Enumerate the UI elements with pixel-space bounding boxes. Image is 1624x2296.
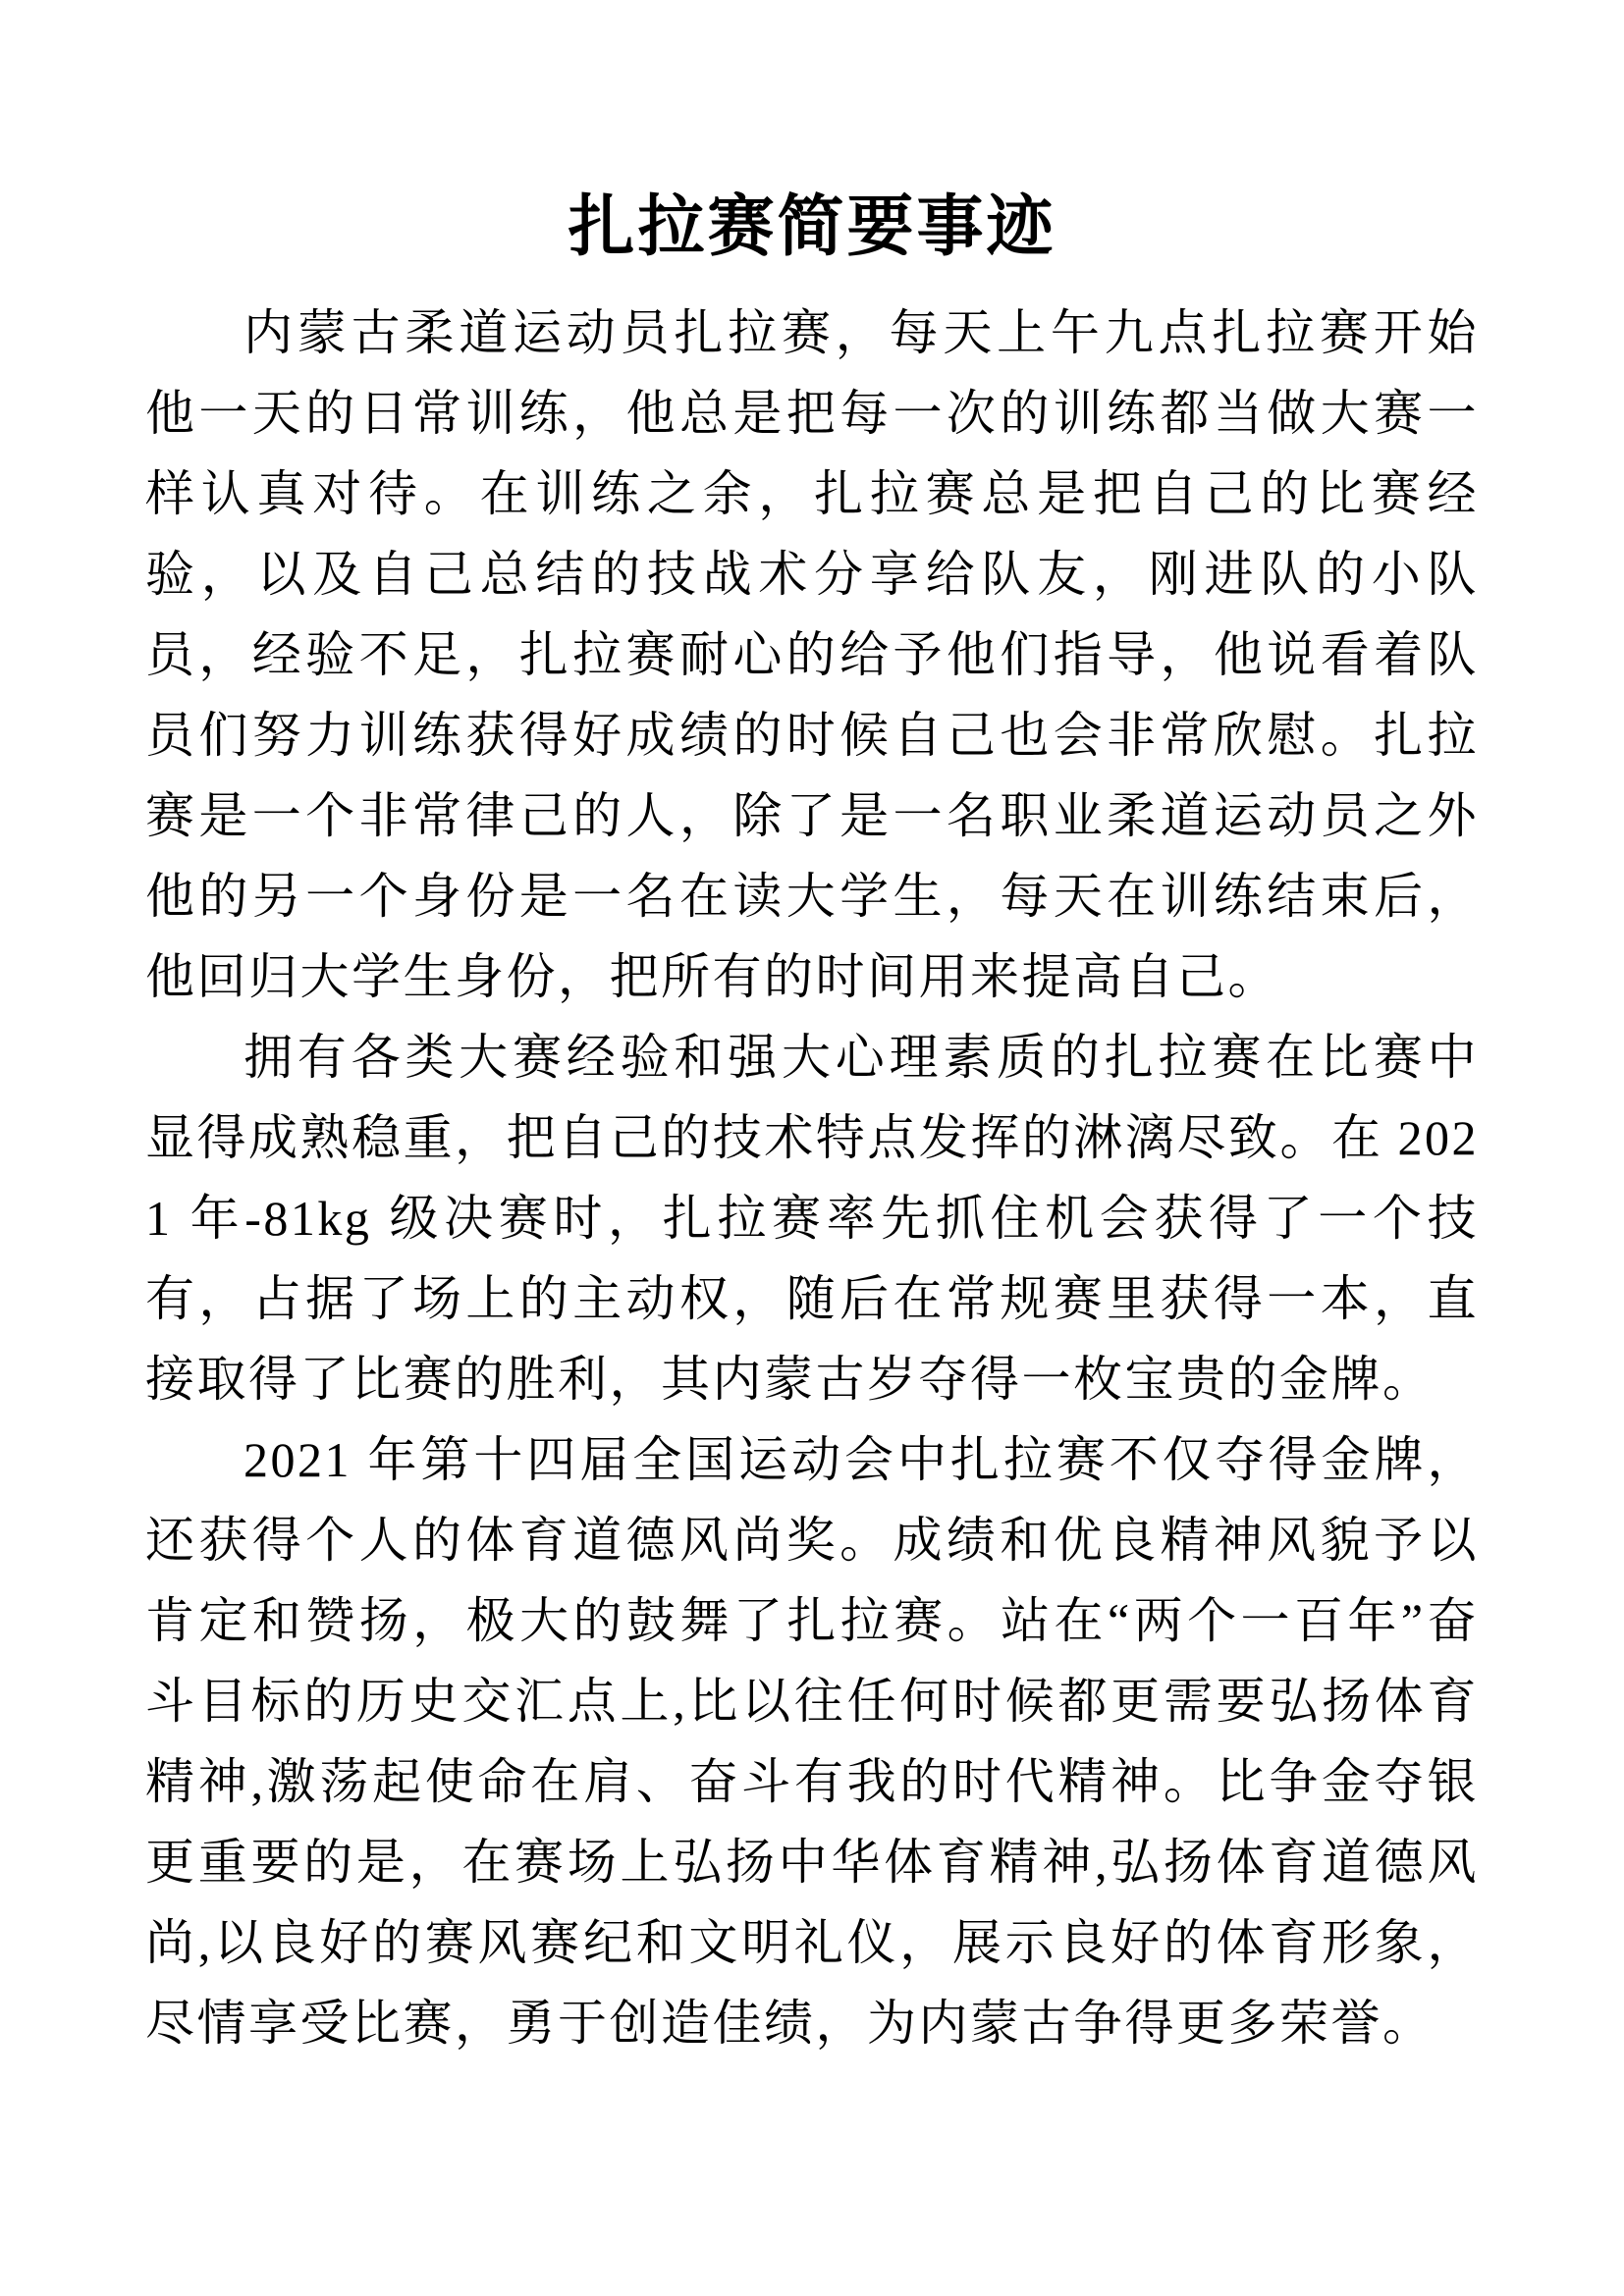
paragraph: 内蒙古柔道运动员扎拉赛，每天上午九点扎拉赛开始他一天的日常训练，他总是把每一次的… — [145, 293, 1479, 1017]
page-title: 扎拉赛简要事迹 — [0, 0, 1624, 271]
document-page: 扎拉赛简要事迹 内蒙古柔道运动员扎拉赛，每天上午九点扎拉赛开始他一天的日常训练，… — [0, 0, 1624, 2296]
paragraph: 2021 年第十四届全国运动会中扎拉赛不仅夺得金牌，还获得个人的体育道德风尚奖。… — [145, 1419, 1479, 2063]
document-body: 内蒙古柔道运动员扎拉赛，每天上午九点扎拉赛开始他一天的日常训练，他总是把每一次的… — [145, 293, 1479, 2063]
paragraph: 拥有各类大赛经验和强大心理素质的扎拉赛在比赛中显得成熟稳重，把自己的技术特点发挥… — [145, 1017, 1479, 1419]
